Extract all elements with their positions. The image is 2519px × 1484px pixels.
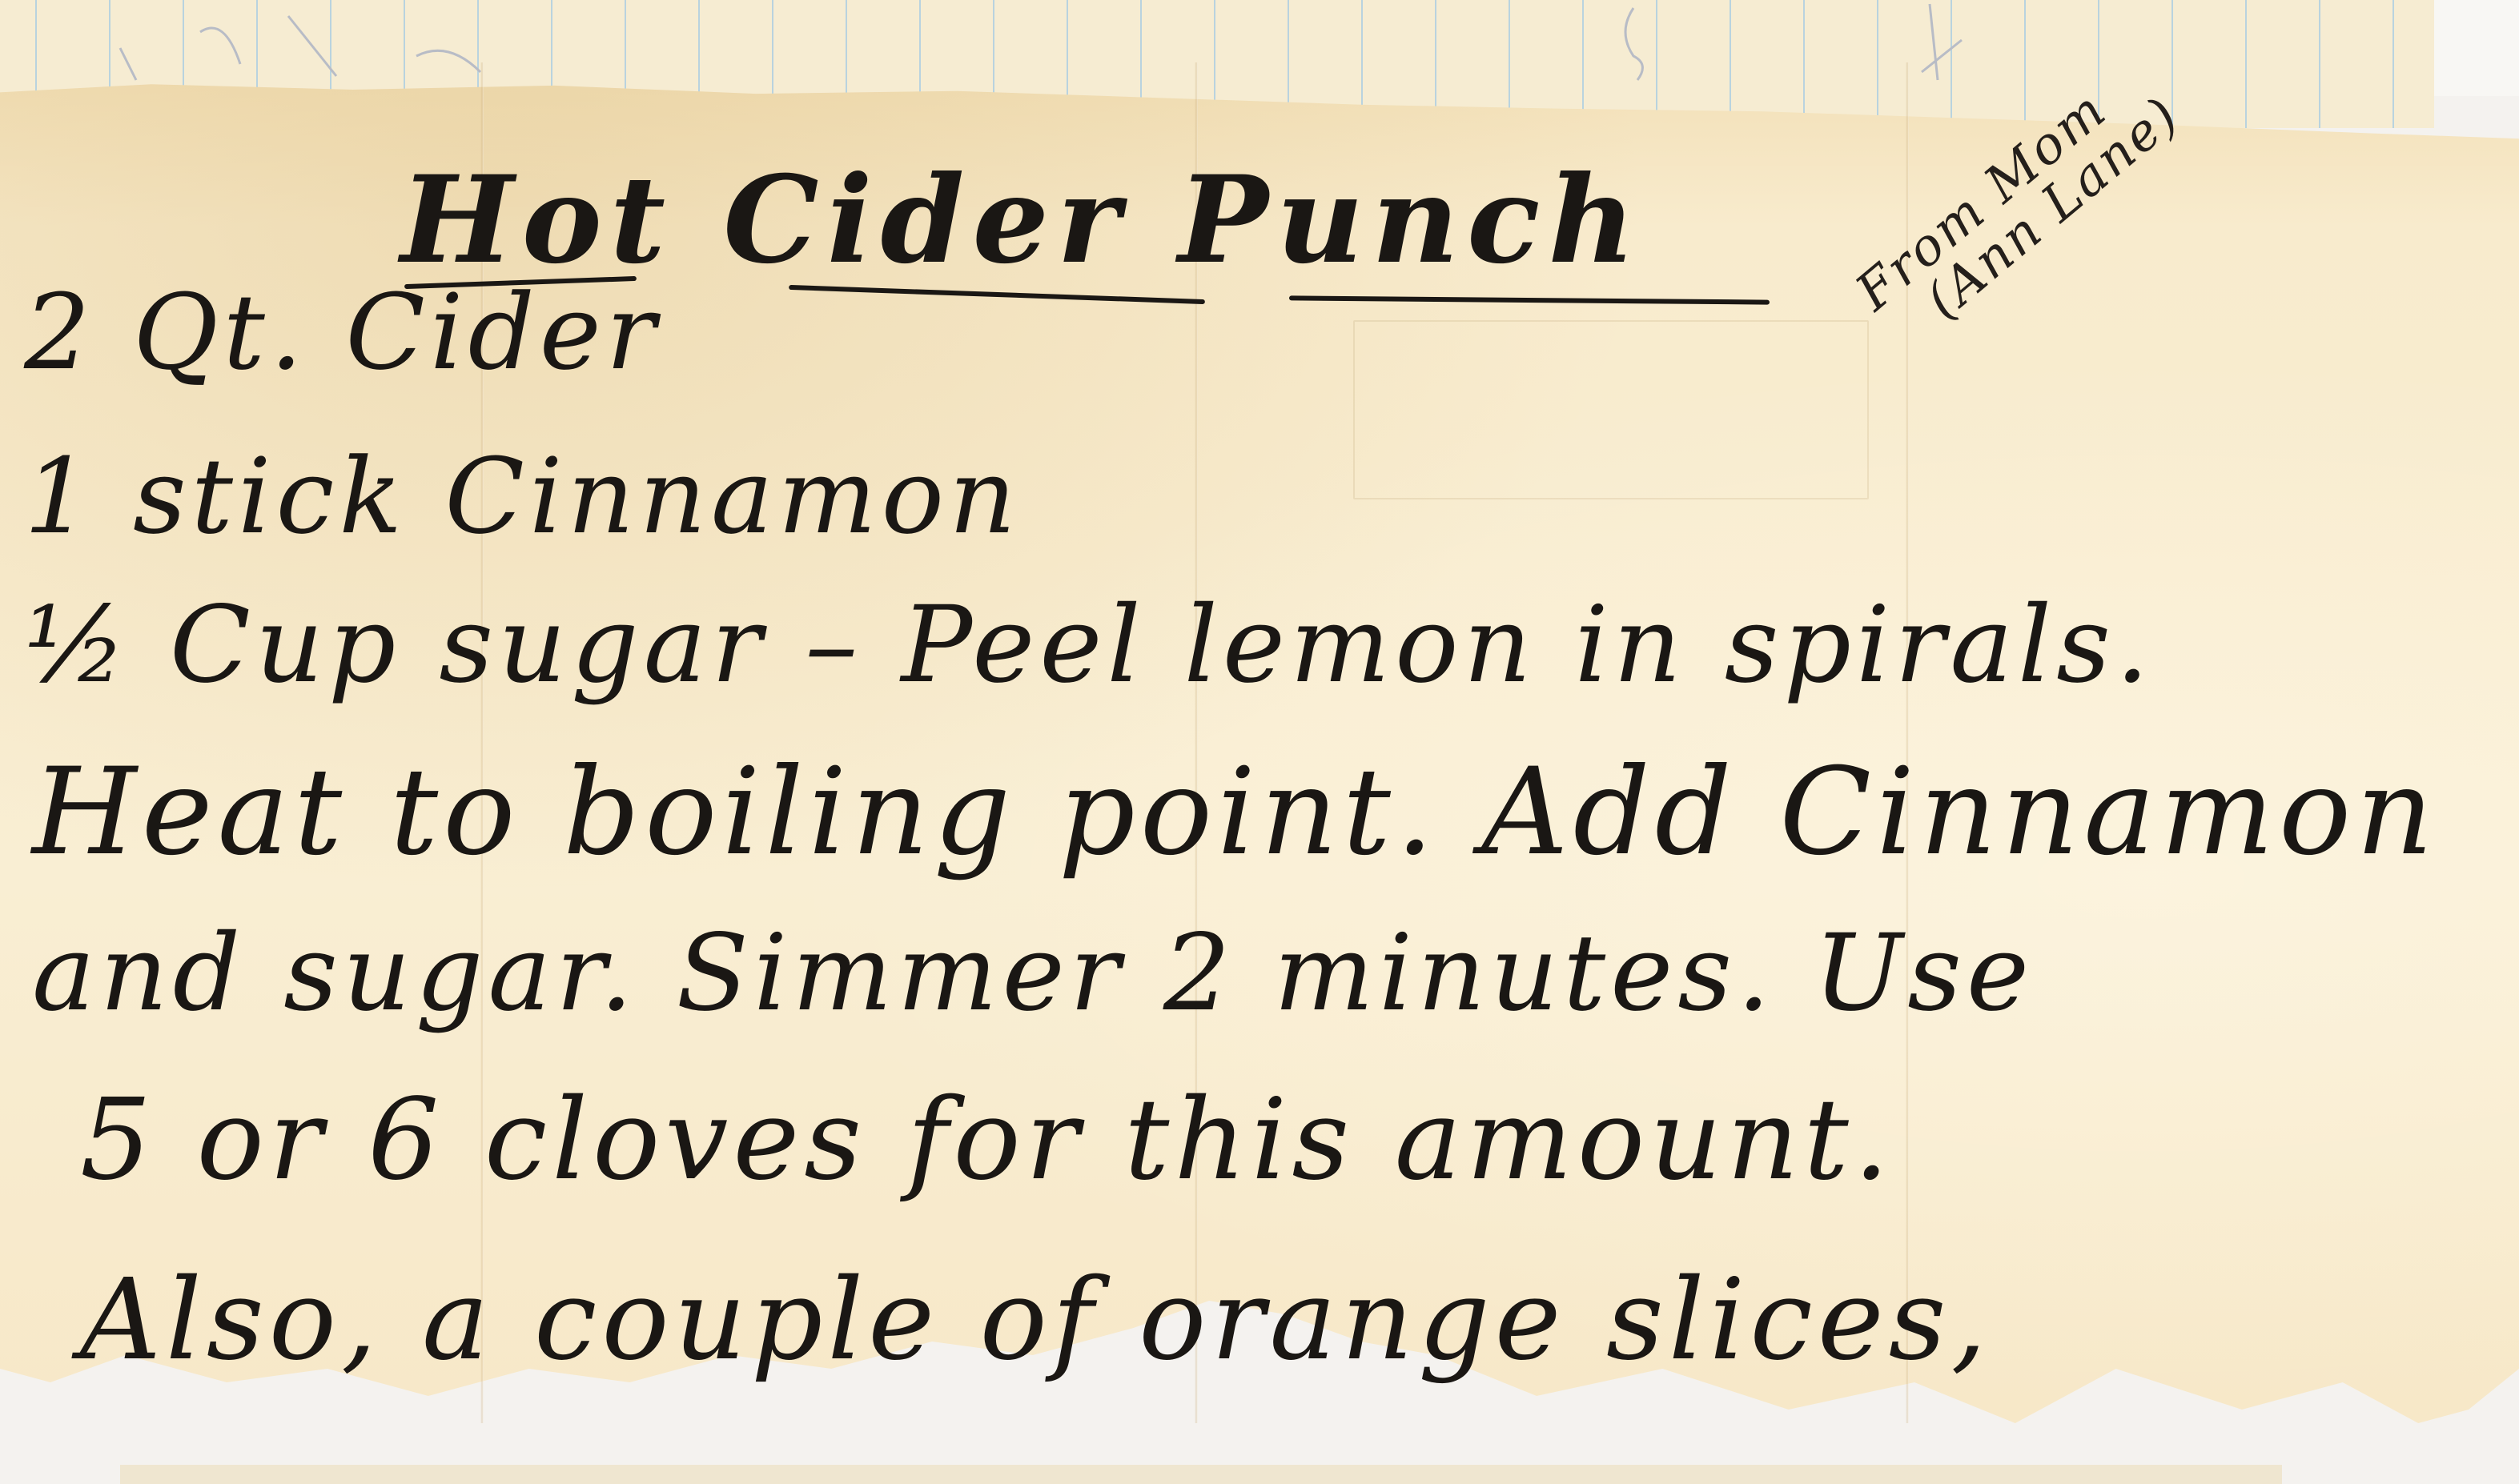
ingredient-line: 2 Qt. Cider [24, 280, 661, 384]
instruction-line: 5 or 6 cloves for this amount. [80, 1085, 1894, 1197]
scan-background [2434, 0, 2519, 96]
ingredient-line: ½ Cup sugar – Peel lemon in spirals. [24, 592, 2154, 698]
instruction-line: Also, a couple of orange slices, [80, 1265, 1991, 1377]
under-sheet-edge [120, 1465, 2282, 1484]
recipe-title: Hot Cider Punch [400, 160, 1644, 280]
scanned-recipe: Hot Cider Punch From Mom (Ann Lane) 2 Qt… [0, 0, 2519, 1484]
ingredient-line: 1 stick Cinnamon [24, 444, 1021, 548]
instruction-line: Heat to boiling point. Add Cinnamon [32, 752, 2438, 872]
instruction-line: and sugar. Simmer 2 minutes. Use [32, 920, 2034, 1026]
faint-stamp-outline [1353, 320, 1869, 499]
